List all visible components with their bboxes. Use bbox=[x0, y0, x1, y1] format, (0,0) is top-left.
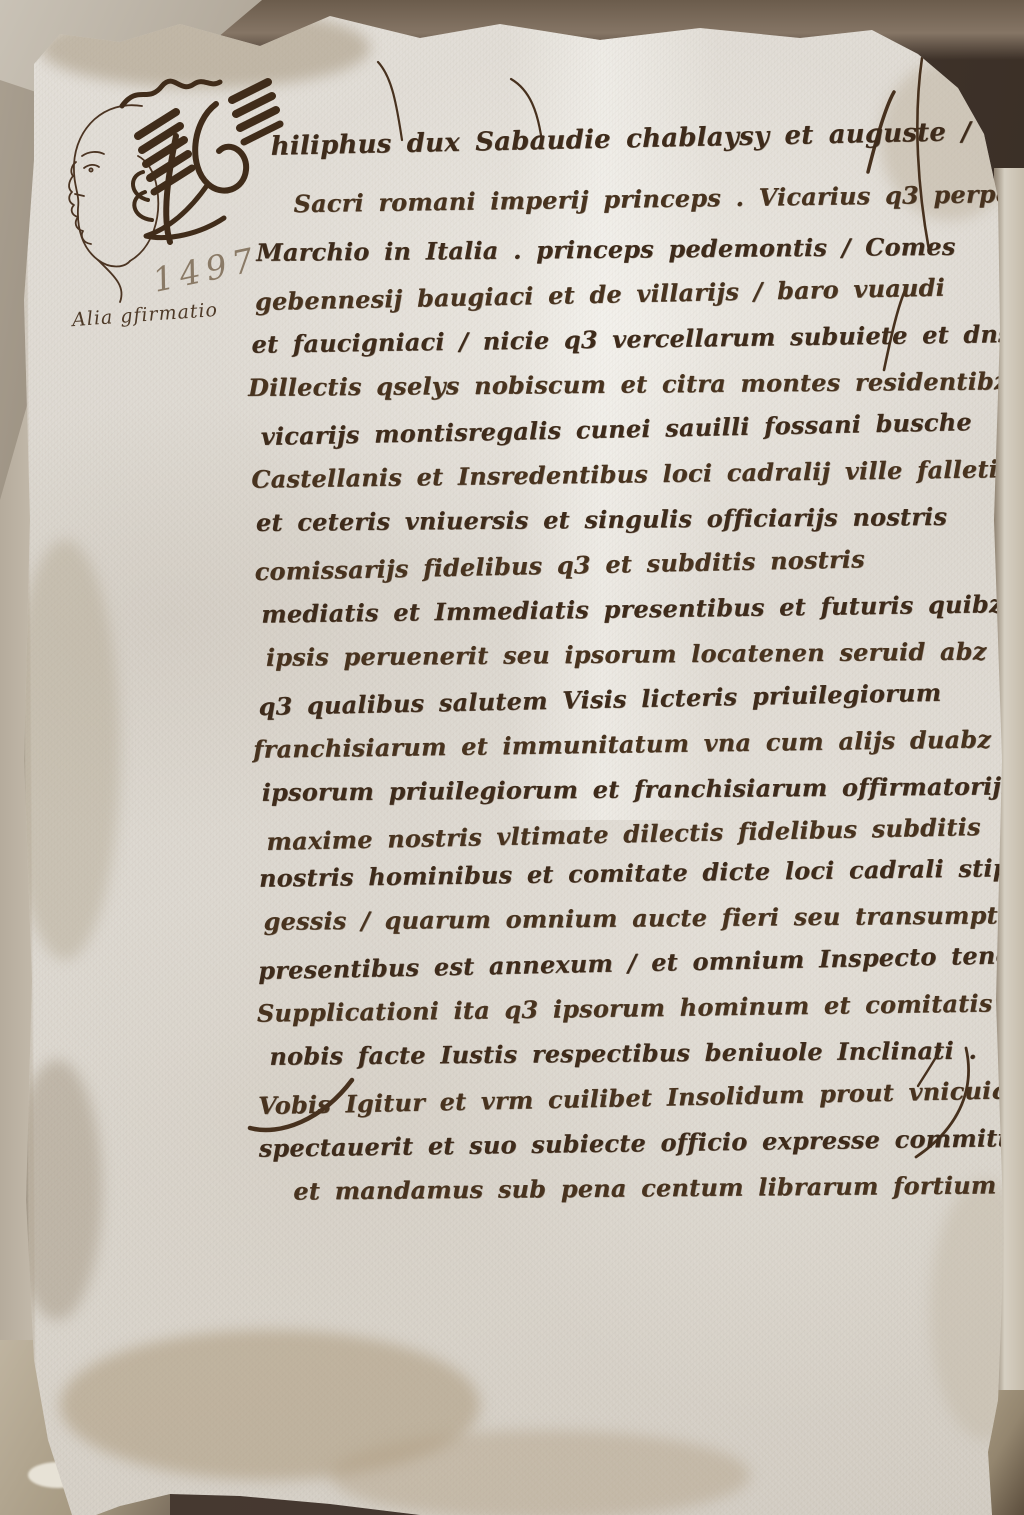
manuscript-text-block: hiliphus dux Sabaudie chablaysy et augus… bbox=[244, 113, 949, 1216]
manuscript-page: 1497 Alia gfirmatio hiliphus dux Sabaudi… bbox=[0, 0, 1024, 1515]
manuscript-line: Sacri romani imperij princeps . Vicarius… bbox=[293, 172, 936, 226]
manuscript-line: et mandamus sub pena centum librarum for… bbox=[293, 1163, 949, 1214]
stain bbox=[60, 1330, 480, 1480]
manuscript-line: hiliphus dux Sabaudie chablaysy et augus… bbox=[270, 111, 935, 170]
stain bbox=[330, 1430, 750, 1515]
manuscript-photograph: 1497 Alia gfirmatio hiliphus dux Sabaudi… bbox=[0, 0, 1024, 1515]
margin-note: Alia gfirmatio bbox=[71, 299, 218, 331]
